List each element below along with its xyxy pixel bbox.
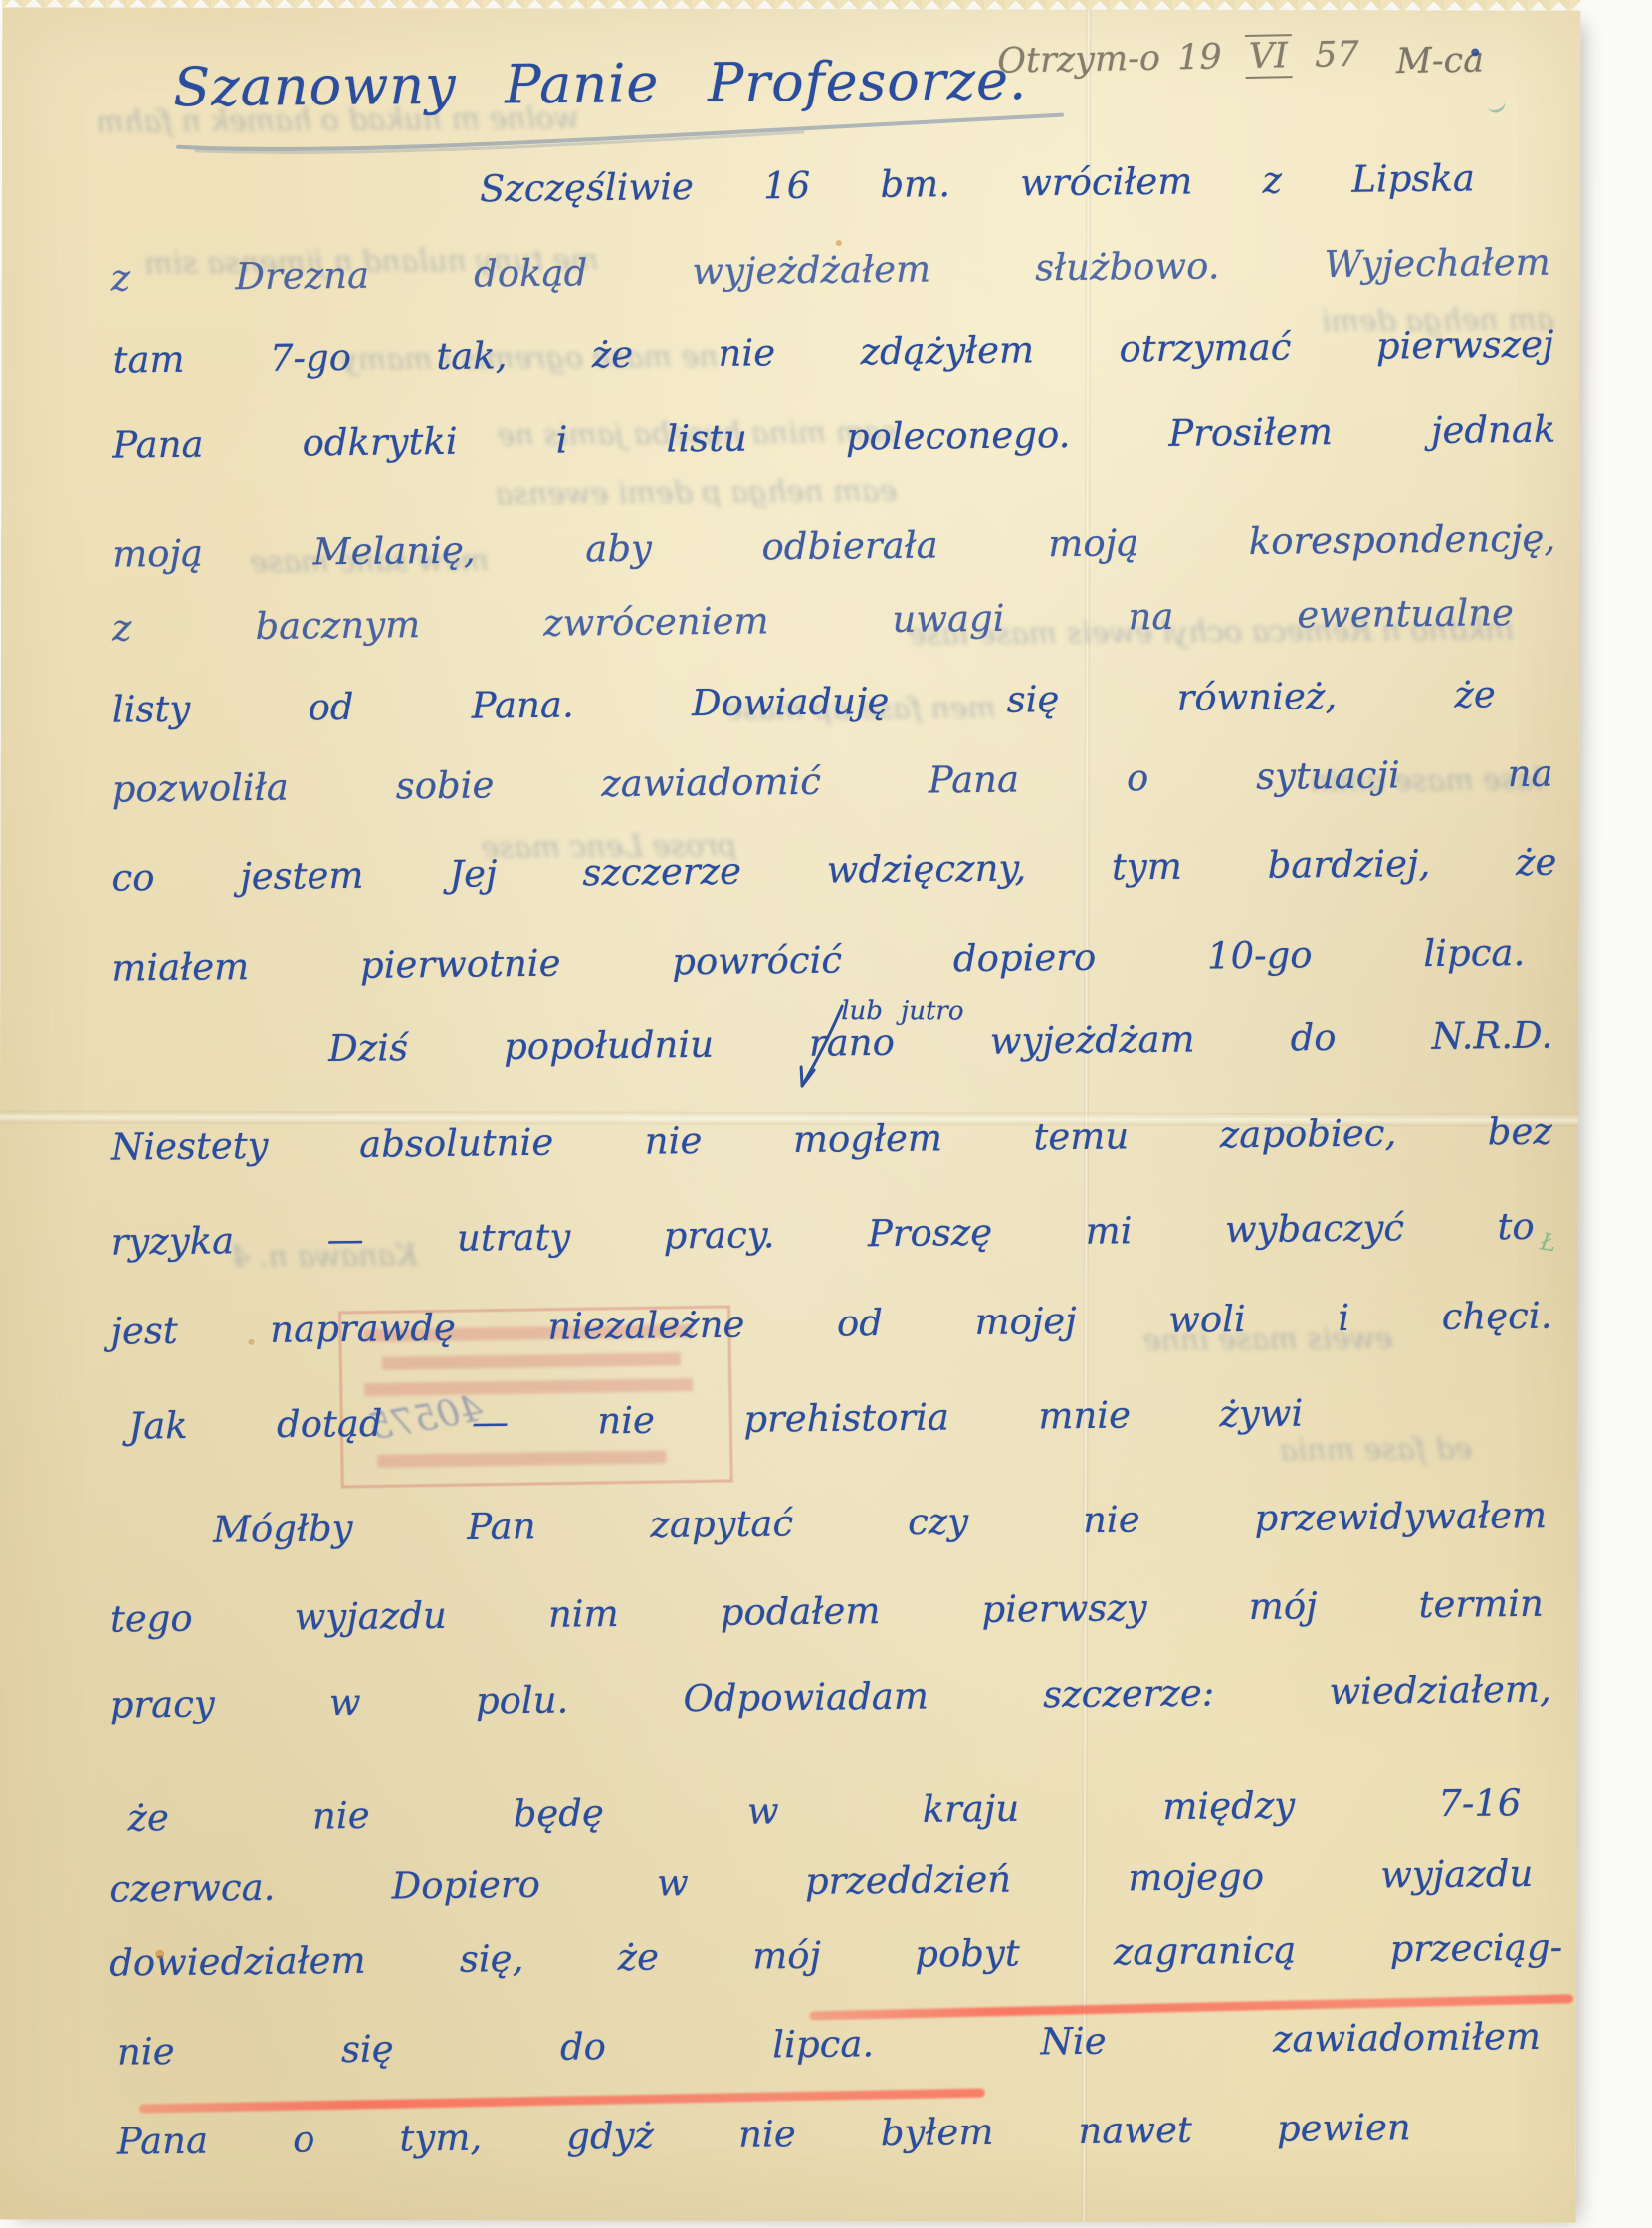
letter-paper: wolne m nukad o hamek n fahmme tuny nula… [0,7,1580,2222]
letter-line: pracy w polu. Odpowiadam szczerze: wiedz… [110,1668,1551,1726]
stamp-text-bar [364,1378,693,1396]
teal-squiggle [1485,94,1507,115]
stamp-text-bar [377,1450,666,1467]
insertion-note: lub jutro [841,996,963,1026]
letter-line: moją Melanię, aby odbierała moją korespo… [112,517,1555,576]
received-day: 19 [1177,37,1222,78]
foxing-dot [249,1339,255,1345]
letter-line: miałem pierwotnie powrócić dopiero 10-go… [111,931,1525,990]
letter-line: pozwoliła sobie zawiadomić Pana o sytuac… [111,752,1552,811]
salutation: Szanowny Panie Profesorze. [173,49,1027,118]
letter-line: Szczęśliwie 16 bm. wróciłem z Lipska [480,156,1475,210]
received-suffix: M-ca [1396,41,1485,83]
ink-dot [1471,48,1479,56]
ink-showthrough: wolne m nukad o hamek n fahmme tuny nula… [2,7,1580,10]
ghost-line: eam nehga p demi ewensa [240,474,897,514]
foxing-dot [836,240,842,246]
letter-line: Jak dotąd — nie prehistoria mnie żywi [128,1392,1303,1448]
received-month: VI [1244,34,1292,79]
letter-line: że nie będę w kraju między 7-16 [127,1781,1521,1839]
letter-line: Pana o tym, gdyż nie byłem nawet pewien [117,2106,1411,2162]
letter-line: czerwca. Dopiero w przeddzień mojego wyj… [109,1852,1533,1911]
letter-line: ryzyka — utraty pracy. Proszę mi wybaczy… [110,1205,1534,1264]
stamp-text-bar [382,1352,681,1370]
letter-line: Mógłby Pan zapytać czy nie przewidywałem [213,1494,1547,1551]
letter-line: nie się do lipca. Nie zawiadomiłem [117,2015,1541,2074]
margin-mark: Ł [1538,1227,1558,1257]
insertion-arrow-icon [788,1000,858,1100]
letter-body: Szczęśliwie 16 bm. wróciłem z Lipskaz Dr… [2,7,1580,10]
letter-line: Pana odkrytki i listu poleconego. Prosił… [112,408,1555,467]
scanned-letter-page: wolne m nukad o hamek n fahmme tuny nula… [0,0,1652,2228]
letter-line: dowiedziałem się, że mój pobyt zagranicą… [109,1926,1562,1985]
letter-line: listy od Pana. Dowiaduję się również, że [112,673,1496,730]
foxing-dot [155,1950,164,1959]
letter-line: tam 7-go tak, że nie zdążyłem otrzymać p… [112,323,1553,382]
received-prefix: Otrzym-o [997,39,1161,82]
letter-line: tego wyjazdu nim podałem pierwszy mój te… [110,1582,1544,1641]
red-underline [139,2089,985,2114]
ghost-line: ed fase mnia [1143,1432,1472,1470]
received-year: 57 [1315,35,1359,76]
